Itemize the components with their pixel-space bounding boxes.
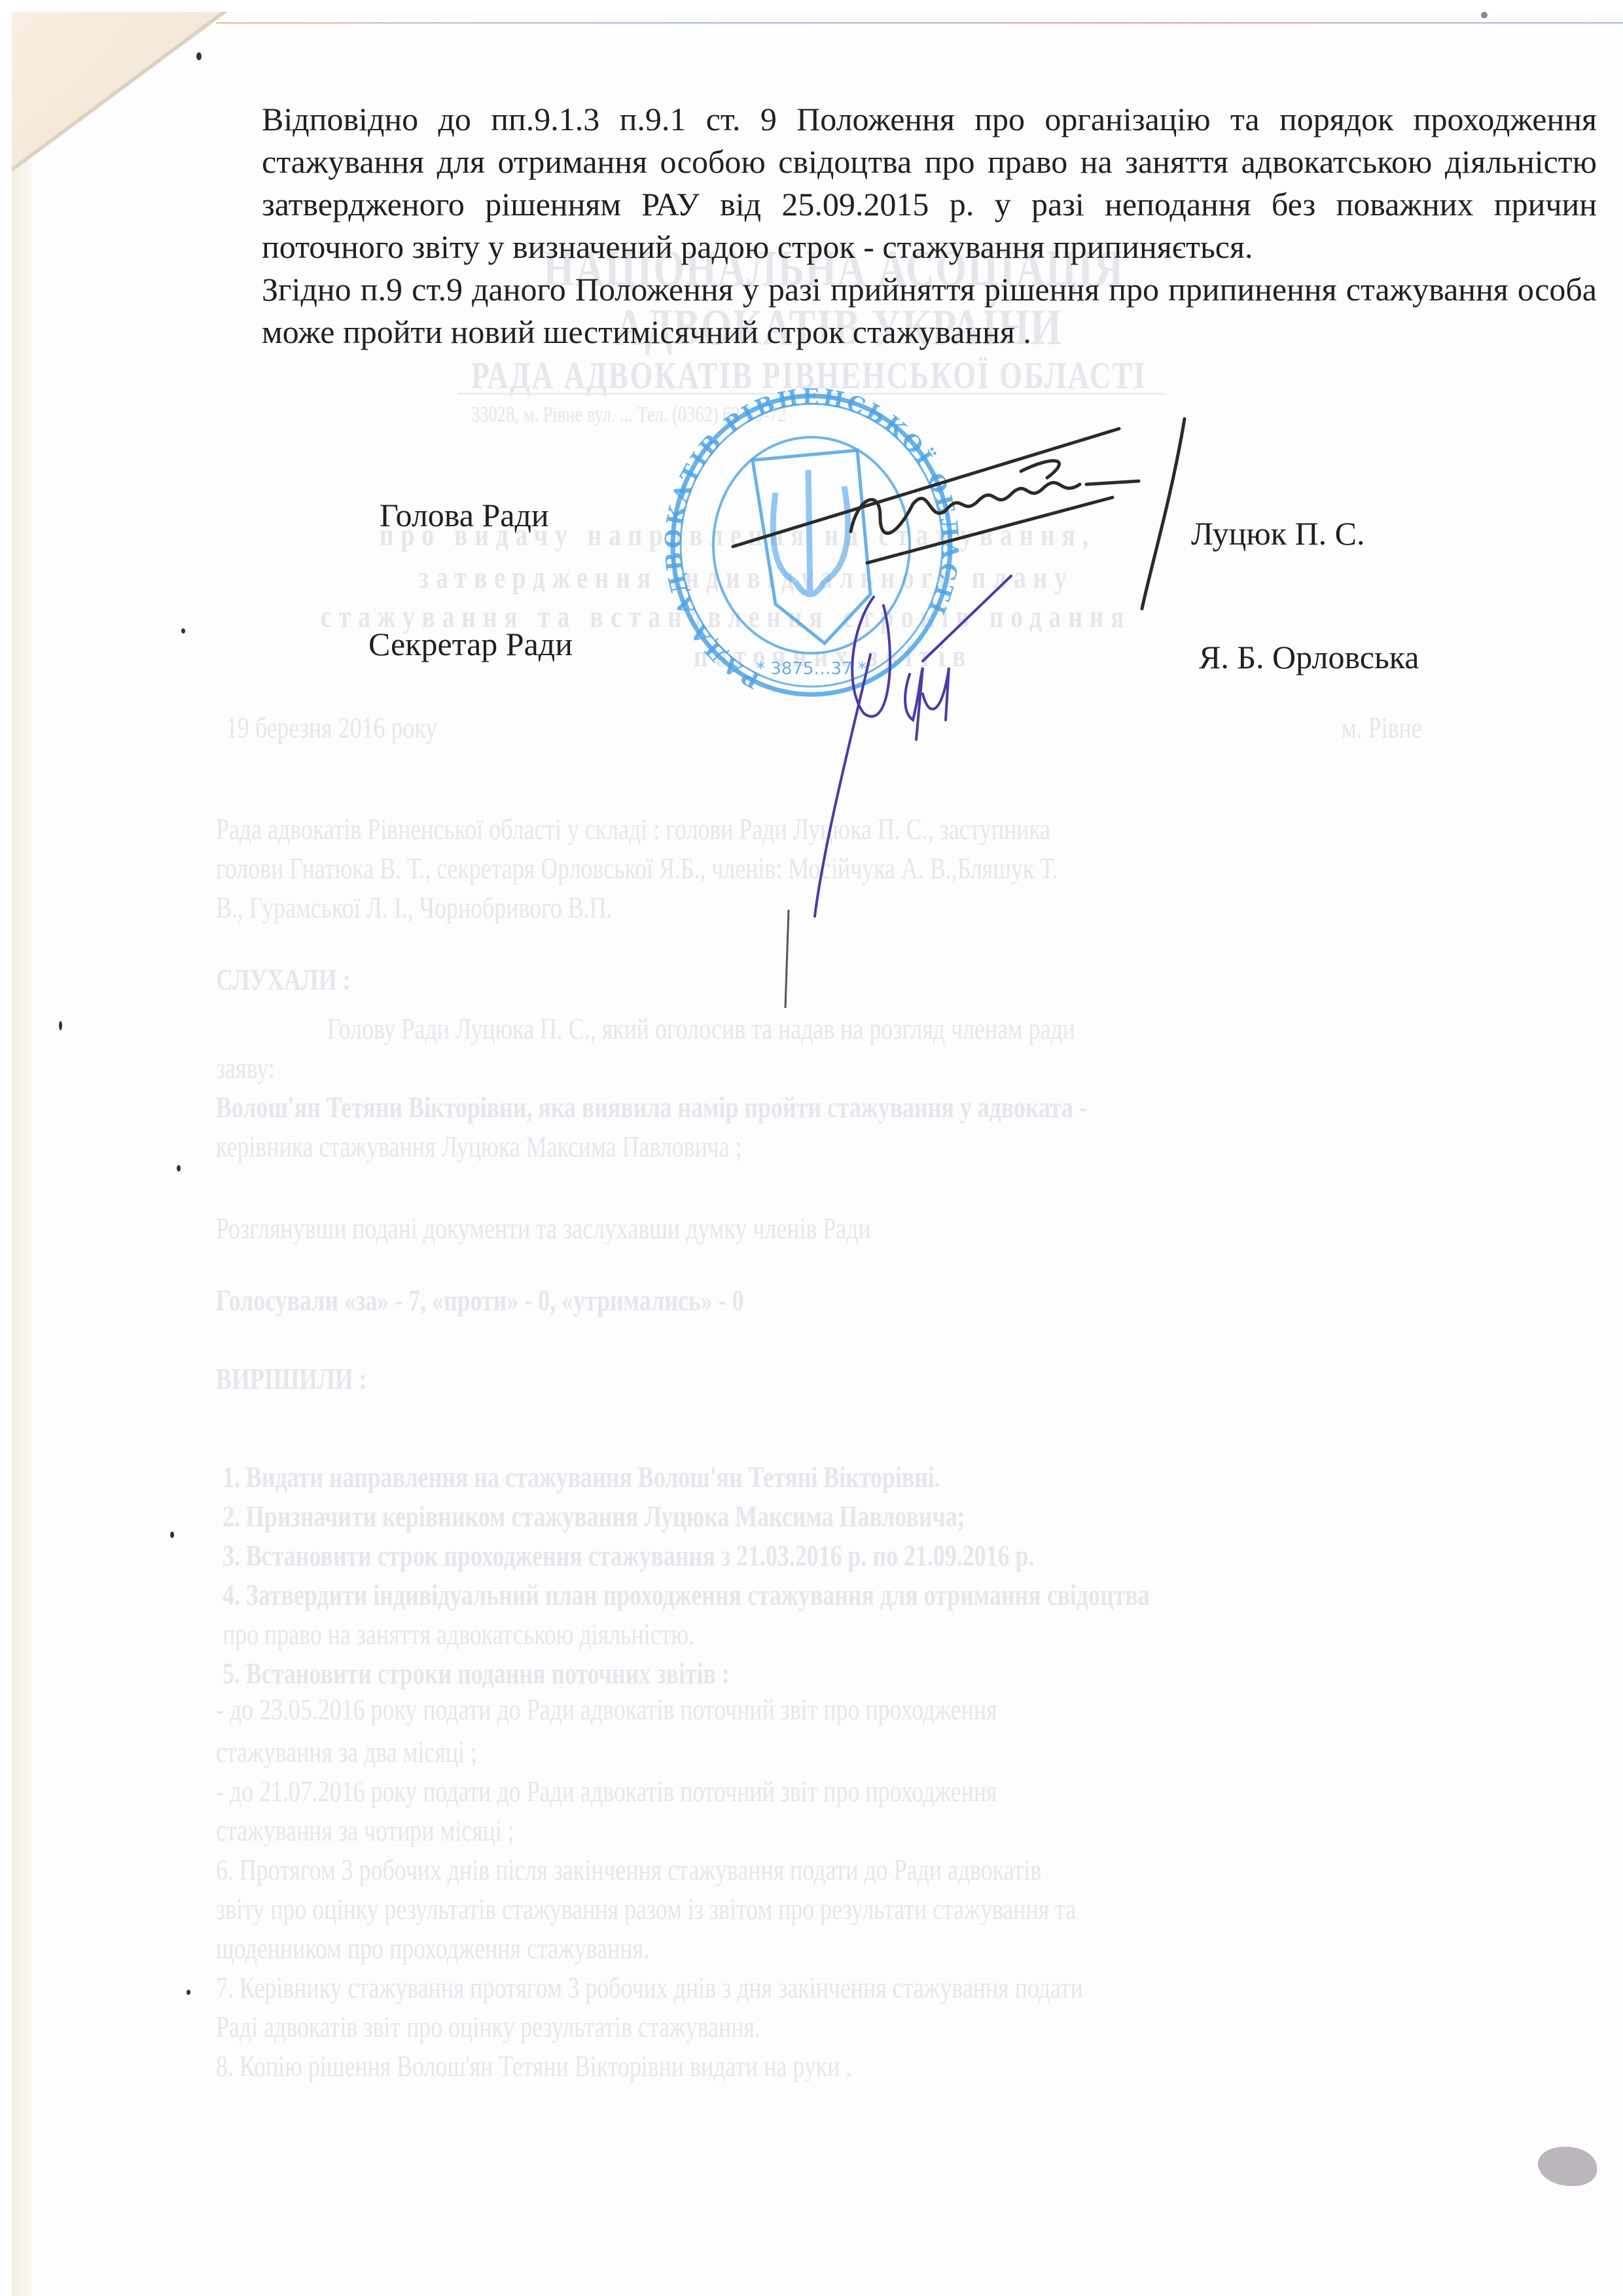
ghost-body-line: стажування за чотири місяці ;: [216, 1813, 514, 1848]
scan-speck: [59, 1021, 62, 1030]
ghost-body-line: звіту про оцінку результатів стажування …: [216, 1892, 1076, 1926]
ghost-body-line: 3. Встановити строк проходження стажуван…: [223, 1538, 1034, 1573]
ghost-body-line: керівника стажування Луцюка Максима Павл…: [216, 1129, 742, 1164]
ghost-body-line: 7. Керівнику стажування протягом 3 робоч…: [216, 1970, 1083, 2005]
ghost-date: 19 березня 2016 року: [226, 710, 437, 745]
paragraph-new-term-rule: Згідно п.9 ст.9 даного Положення у разі …: [262, 268, 1597, 353]
paragraph-termination-rule: Відповідно до пп.9.1.3 п.9.1 ст. 9 Полож…: [262, 98, 1597, 268]
ghost-body-line: про право на заняття адвокатською діяльн…: [223, 1617, 694, 1651]
ghost-body-line: Рада адвокатів Рівненської області у скл…: [216, 812, 1050, 846]
signature-position-chairman: Голова Ради: [380, 496, 549, 534]
ghost-body-line: СЛУХАЛИ :: [216, 962, 350, 997]
trident-icon: [773, 470, 847, 594]
stamp-code: * 3875…37 *: [757, 659, 866, 679]
scan-speck: [170, 1532, 174, 1538]
ghost-body-line: 8. Копію рішення Волош'ян Тетяни Вікторі…: [216, 2049, 851, 2083]
ghost-body-line: стажування за два місяці ;: [216, 1734, 477, 1769]
ghost-body-line: заяву:: [216, 1050, 275, 1085]
ghost-body-line: 5. Встановити строки подання поточних зв…: [223, 1656, 730, 1691]
signature-position-secretary: Секретар Ради: [368, 625, 573, 663]
ghost-body-line: Голосували «за» - 7, «проти» - 0, «утрим…: [216, 1283, 744, 1318]
scan-speck: [177, 1165, 181, 1172]
ghost-body-line: В., Гурамської Л. І., Чорнобривого В.П.: [216, 890, 613, 925]
ghost-body-line: ВИРІШИЛИ :: [216, 1361, 367, 1396]
main-text-block: Відповідно до пп.9.1.3 п.9.1 ст. 9 Полож…: [262, 98, 1597, 353]
ghost-body-line: голови Гнатюка В. Т., секретаря Орловськ…: [216, 851, 1058, 886]
ghost-body-line: Раді адвокатів звіт про оцінку результат…: [216, 2009, 760, 2044]
ghost-body-line: Волош'ян Тетяни Вікторівни, яка виявила …: [216, 1090, 1087, 1124]
ghost-body-line: - до 23.05.2016 року подати до Ради адво…: [216, 1692, 997, 1727]
signature-name-secretary: Я. Б. Орловська: [1199, 638, 1419, 676]
ghost-city: м. Рівне: [1342, 710, 1422, 745]
scan-top-edge: [216, 22, 1623, 24]
official-stamp: РАДА АДВОКАТІВ РІВНЕНСЬКОЇ ОБЛАСТІ * 387…: [661, 385, 962, 712]
ghost-body-line: 1. Видати направлення на стажування Воло…: [223, 1460, 940, 1494]
scan-speck: [196, 52, 202, 60]
scan-speck: [1481, 12, 1488, 18]
ghost-body-line: - до 21.07.2016 року подати до Ради адво…: [216, 1774, 997, 1808]
ghost-body-line: 2. Призначити керівником стажування Луцю…: [223, 1499, 965, 1534]
ghost-body-line: щоденником про проходження стажування.: [216, 1931, 649, 1965]
scan-speck: [187, 1990, 190, 1995]
ghost-body-line: Розглянувши подані документи та заслухав…: [216, 1211, 871, 1246]
scan-speck: [181, 628, 185, 634]
ghost-body-line: Голову Ради Луцюка П. С., який оголосив …: [327, 1011, 1075, 1046]
ghost-body-line: 4. Затвердити індивідуальний план проход…: [223, 1577, 1150, 1612]
ghost-body-line: 6. Протягом 3 робочих днів після закінче…: [216, 1852, 1041, 1887]
signature-name-chairman: Луцюк П. С.: [1191, 514, 1365, 552]
scan-edge: [12, 157, 31, 2296]
